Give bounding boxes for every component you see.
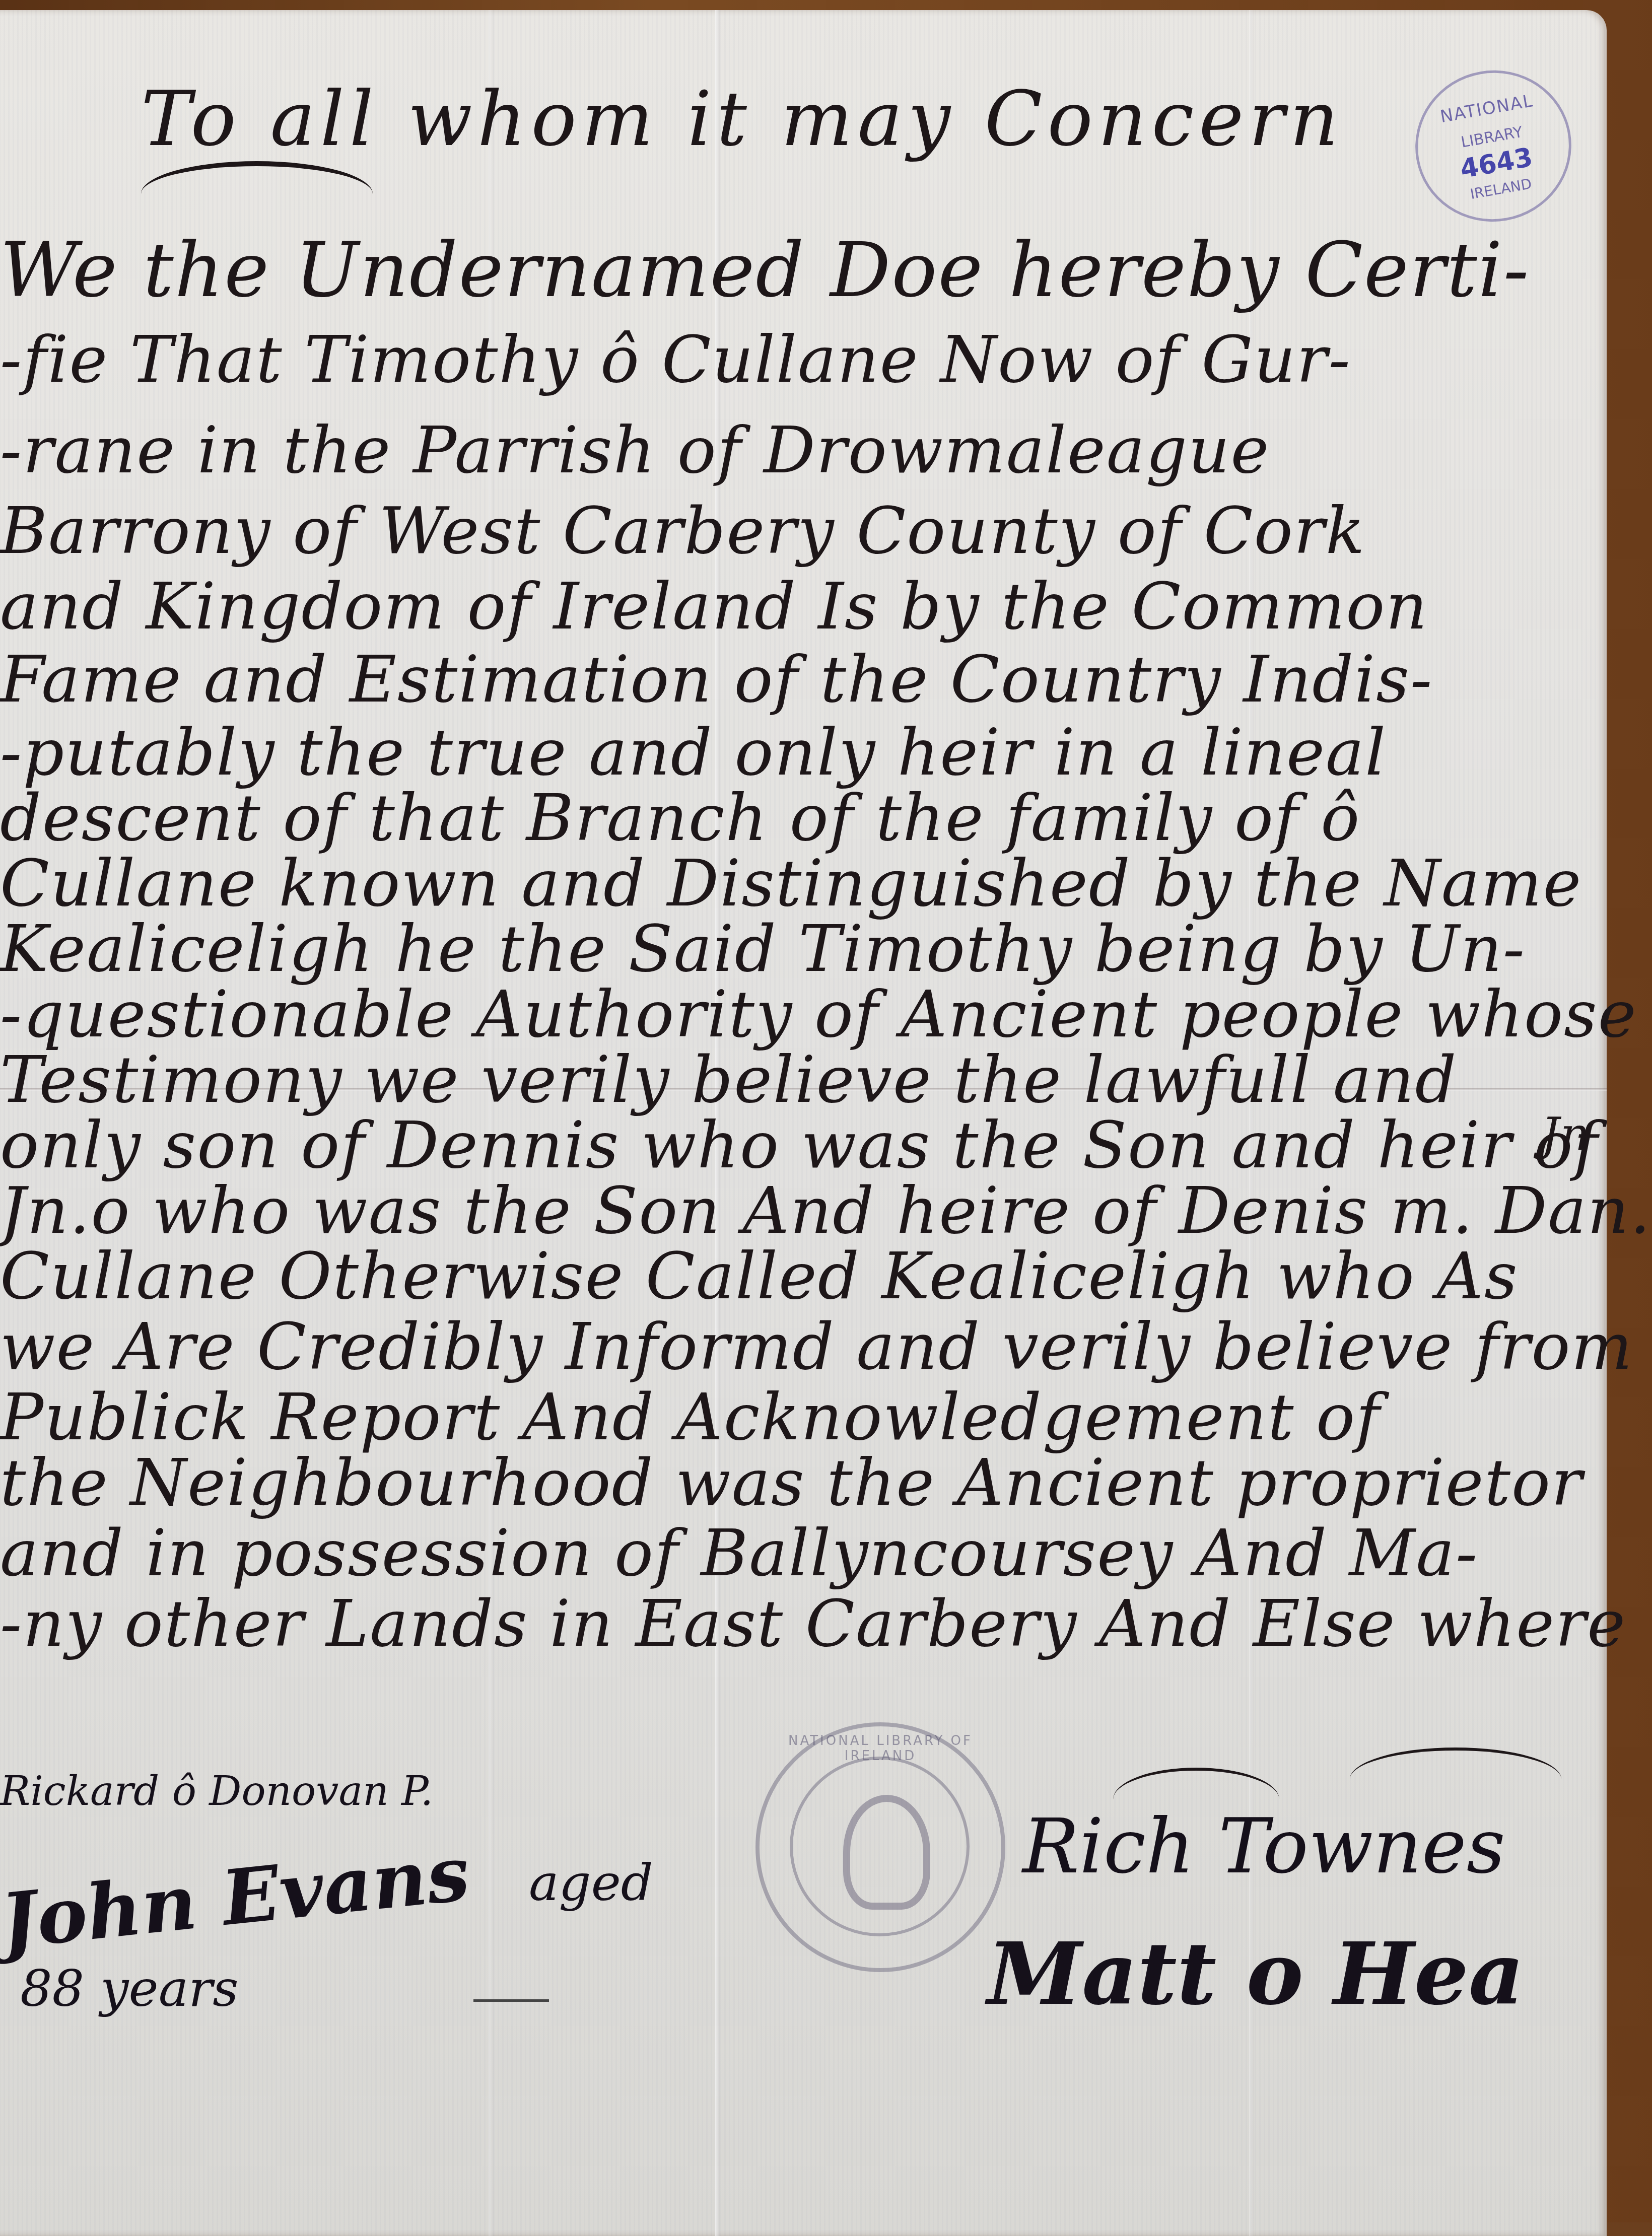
body-line: -ny other Lands in East Carbery And Else… bbox=[0, 1586, 1626, 1661]
margin-annotation: Jn bbox=[1541, 1108, 1591, 1161]
body-line: Fame and Estimation of the Country Indis… bbox=[0, 642, 1433, 717]
body-line: We the Undernamed Doe hereby Certi- bbox=[0, 227, 1530, 314]
body-line: -putably the true and only heir in a lin… bbox=[0, 715, 1387, 790]
signature-rich-townes: Rich Townes bbox=[1022, 1803, 1505, 1891]
age-dash bbox=[473, 1999, 549, 2002]
body-line: Cullane known and Distinguished by the N… bbox=[0, 846, 1582, 921]
document-heading: To all whom it may Concern bbox=[141, 76, 1343, 163]
body-line: and in possession of Ballyncoursey And M… bbox=[0, 1516, 1478, 1591]
body-line: only son of Dennis who was the Son and h… bbox=[0, 1108, 1599, 1183]
body-line: Jn.o who was the Son And heire of Denis … bbox=[0, 1173, 1651, 1248]
body-line: Publick Report And Acknowledgement of bbox=[0, 1380, 1381, 1455]
body-line: -fie That Timothy ô Cullane Now of Gur- bbox=[0, 322, 1351, 397]
signature-age-value: 88 years bbox=[20, 1959, 238, 2018]
body-line: the Neighbourhood was the Ancient propri… bbox=[0, 1445, 1583, 1520]
body-line: descent of that Branch of the family of … bbox=[0, 781, 1360, 856]
body-line: we Are Credibly Informd and verily belie… bbox=[0, 1309, 1633, 1384]
body-line: -questionable Authority of Ancient peopl… bbox=[0, 977, 1637, 1052]
heading-swash-flourish bbox=[141, 161, 373, 227]
body-line: Testimony we verily believe the lawfull … bbox=[0, 1042, 1458, 1117]
signature-rickard-o-donovan: Rickard ô Donovan P. bbox=[0, 1768, 433, 1814]
seal-inner-ring bbox=[790, 1757, 970, 1936]
body-line: Cullane Otherwise Called Kealiceligh who… bbox=[0, 1239, 1519, 1314]
signature-age-label: aged bbox=[529, 1853, 653, 1912]
body-line: Kealiceligh he the Said Timothy being by… bbox=[0, 912, 1526, 987]
body-line: and Kingdom of Ireland Is by the Common bbox=[0, 569, 1428, 644]
signature-flourish bbox=[1350, 1748, 1561, 1811]
body-line: -rane in the Parrish of Drowmaleague bbox=[0, 413, 1270, 488]
body-line: Barrony of West Carbery County of Cork bbox=[0, 494, 1366, 569]
library-stamp: NATIONAL LIBRARY 4643 IRELAND bbox=[1403, 58, 1583, 234]
signature-matt-o-hea: Matt o Hea bbox=[987, 1924, 1524, 2024]
signature-john-evans: John Evans bbox=[0, 1829, 473, 1967]
embossed-seal: NATIONAL LIBRARY OF IRELAND bbox=[755, 1722, 1005, 1972]
manuscript-page: To all whom it may Concern NATIONAL LIBR… bbox=[0, 10, 1607, 2222]
harp-icon bbox=[843, 1795, 930, 1910]
